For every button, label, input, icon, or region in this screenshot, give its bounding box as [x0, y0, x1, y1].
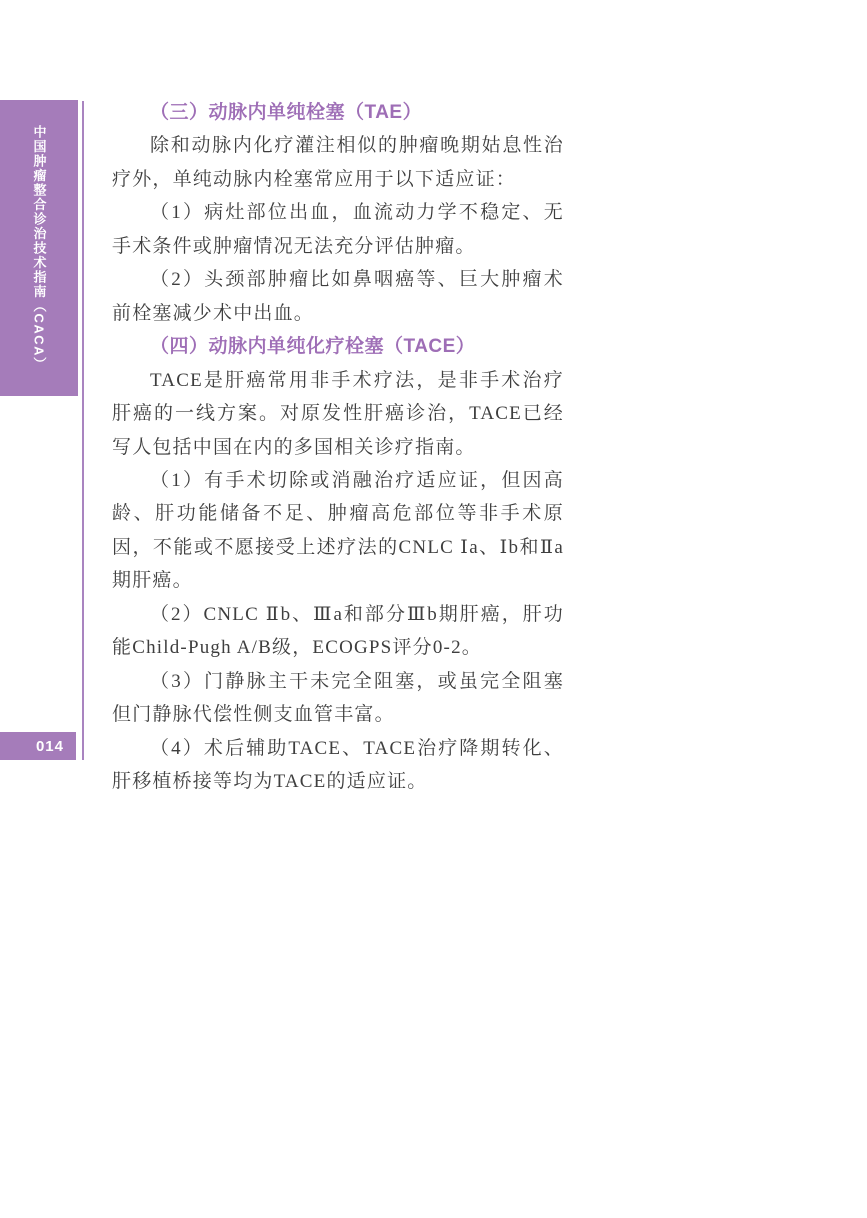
body-paragraph: （1）有手术切除或消融治疗适应证，但因高龄、肝功能储备不足、肿瘤高危部位等非手术… — [112, 464, 564, 598]
sidebar-divider-line — [82, 101, 84, 760]
page-number: 014 — [36, 738, 64, 755]
section-heading-tace: （四）动脉内单纯化疗栓塞（TACE） — [112, 330, 564, 363]
body-paragraph: （2）CNLC Ⅱb、Ⅲa和部分Ⅲb期肝癌，肝功能Child-Pugh A/B级… — [112, 598, 564, 665]
body-paragraph: （2）头颈部肿瘤比如鼻咽癌等、巨大肿瘤术前栓塞减少术中出血。 — [112, 263, 564, 330]
body-paragraph: TACE是肝癌常用非手术疗法，是非手术治疗肝癌的一线方案。对原发性肝癌诊治，TA… — [112, 364, 564, 464]
body-paragraph: （4）术后辅助TACE、TACE治疗降期转化、肝移植桥接等均为TACE的适应证。 — [112, 732, 564, 799]
sidebar-banner: 中国肿瘤整合诊治技术指南（CACA） — [0, 100, 78, 396]
content-column: （三）动脉内单纯栓塞（TAE） 除和动脉内化疗灌注相似的肿瘤晚期姑息性治疗外，单… — [112, 96, 564, 799]
section-heading-tae: （三）动脉内单纯栓塞（TAE） — [112, 96, 564, 129]
body-paragraph: 除和动脉内化疗灌注相似的肿瘤晚期姑息性治疗外，单纯动脉内栓塞常应用于以下适应证： — [112, 129, 564, 196]
body-paragraph: （3）门静脉主干未完全阻塞，或虽完全阻塞但门静脉代偿性侧支血管丰富。 — [112, 665, 564, 732]
book-title-vertical: 中国肿瘤整合诊治技术指南（CACA） — [33, 125, 46, 372]
body-paragraph: （1）病灶部位出血，血流动力学不稳定、无手术条件或肿瘤情况无法充分评估肿瘤。 — [112, 196, 564, 263]
page-number-badge: 014 — [0, 732, 76, 760]
document-page: { "page": { "number": "014" }, "sidebar"… — [0, 0, 867, 1218]
